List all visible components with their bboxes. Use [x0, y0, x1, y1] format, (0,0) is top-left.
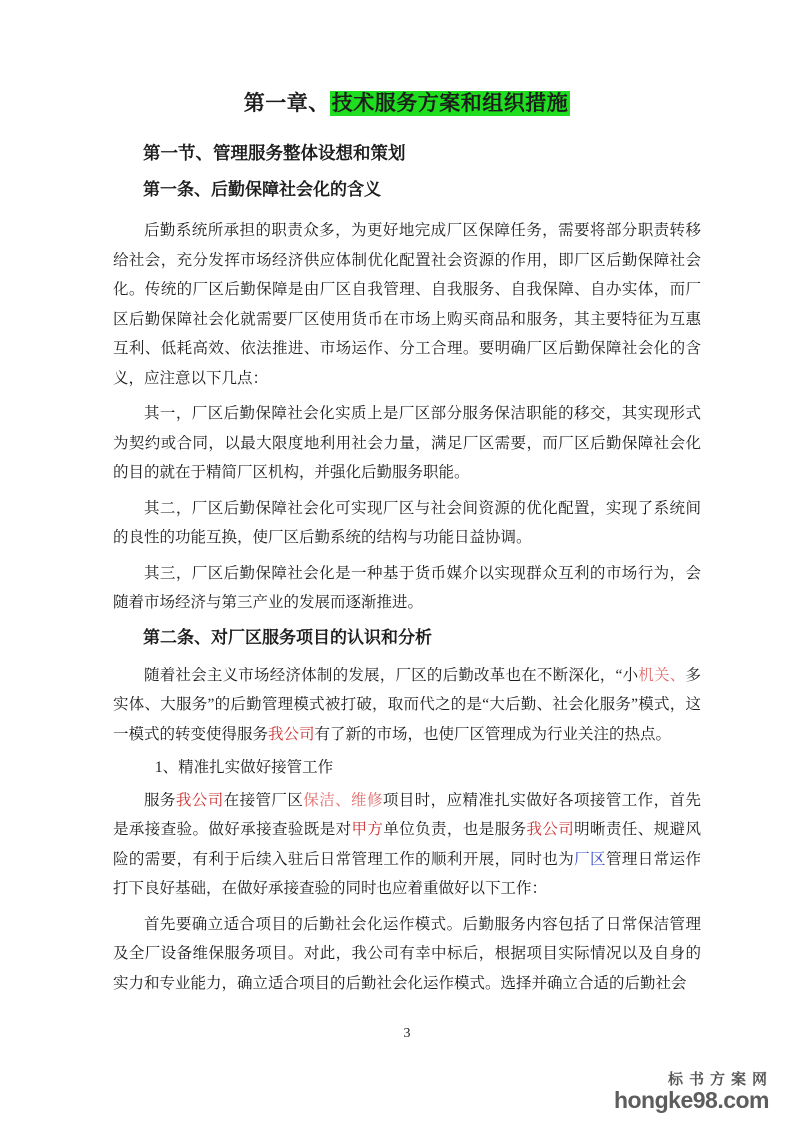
- heading-clause-2: 第二条、对厂区服务项目的认识和分析: [113, 626, 701, 650]
- title-prefix: 第一章、: [244, 92, 330, 115]
- text-run: 单位负责，也是服务: [383, 821, 526, 838]
- text-run-red: 机关、: [638, 667, 685, 684]
- text-run-red: 我公司: [268, 726, 315, 743]
- text-run-red: 我公司: [526, 821, 574, 838]
- watermark-site-url: hongke98.com: [614, 1088, 769, 1112]
- title-highlighted-text: 技术服务方案和组织措施: [330, 91, 571, 116]
- watermark-site-name: 标书方案网: [614, 1072, 773, 1088]
- paragraph-5: 随着社会主义市场经济体制的发展，厂区的后勤改革也在不断深化，“小机关、多实体、大…: [113, 661, 701, 750]
- text-run-red: 保洁、维修: [303, 792, 383, 809]
- text-run: 有了新的市场，也使厂区管理成为行业关注的热点。: [315, 726, 672, 743]
- text-run: 在接管厂区: [224, 792, 304, 809]
- page-title: 第一章、技术服务方案和组织措施: [113, 90, 701, 118]
- paragraph-7: 首先要确立适合项目的后勤社会化运作模式。后勤服务内容包括了日常保洁管理及全厂设备…: [113, 910, 701, 999]
- text-run: 随着社会主义市场经济体制的发展，厂区的后勤改革也在不断深化，“小: [144, 667, 638, 684]
- paragraph-2: 其一，厂区后勤保障社会化实质上是厂区部分服务保洁职能的移交，其实现形式为契约或合…: [113, 399, 701, 488]
- page-number: 3: [113, 1026, 701, 1042]
- paragraph-1: 后勤系统所承担的职责众多，为更好地完成厂区保障任务，需要将部分职责转移给社会，充…: [113, 216, 701, 393]
- list-item-1: 1、精准扎实做好接管工作: [113, 753, 701, 783]
- text-run-blue: 厂区: [574, 851, 606, 868]
- text-run-red: 甲方: [352, 821, 384, 838]
- paragraph-6: 服务我公司在接管厂区保洁、维修项目时，应精准扎实做好各项接管工作，首先是承接查验…: [113, 786, 701, 904]
- watermark: 标书方案网 hongke98.com: [614, 1072, 769, 1112]
- paragraph-3: 其二，厂区后勤保障社会化可实现厂区与社会间资源的优化配置，实现了系统间的良性的功…: [113, 494, 701, 553]
- text-run: 服务: [144, 792, 176, 809]
- paragraph-4: 其三，厂区后勤保障社会化是一种基于货币媒介以实现群众互利的市场行为，会随着市场经…: [113, 559, 701, 618]
- text-run-red: 我公司: [176, 792, 224, 809]
- document-content: 第一章、技术服务方案和组织措施 第一节、管理服务整体设想和策划 第一条、后勤保障…: [113, 90, 701, 998]
- heading-section-1: 第一节、管理服务整体设想和策划: [113, 141, 701, 165]
- heading-clause-1: 第一条、后勤保障社会化的含义: [113, 178, 701, 202]
- document-page: 第一章、技术服务方案和组织措施 第一节、管理服务整体设想和策划 第一条、后勤保障…: [0, 0, 793, 1122]
